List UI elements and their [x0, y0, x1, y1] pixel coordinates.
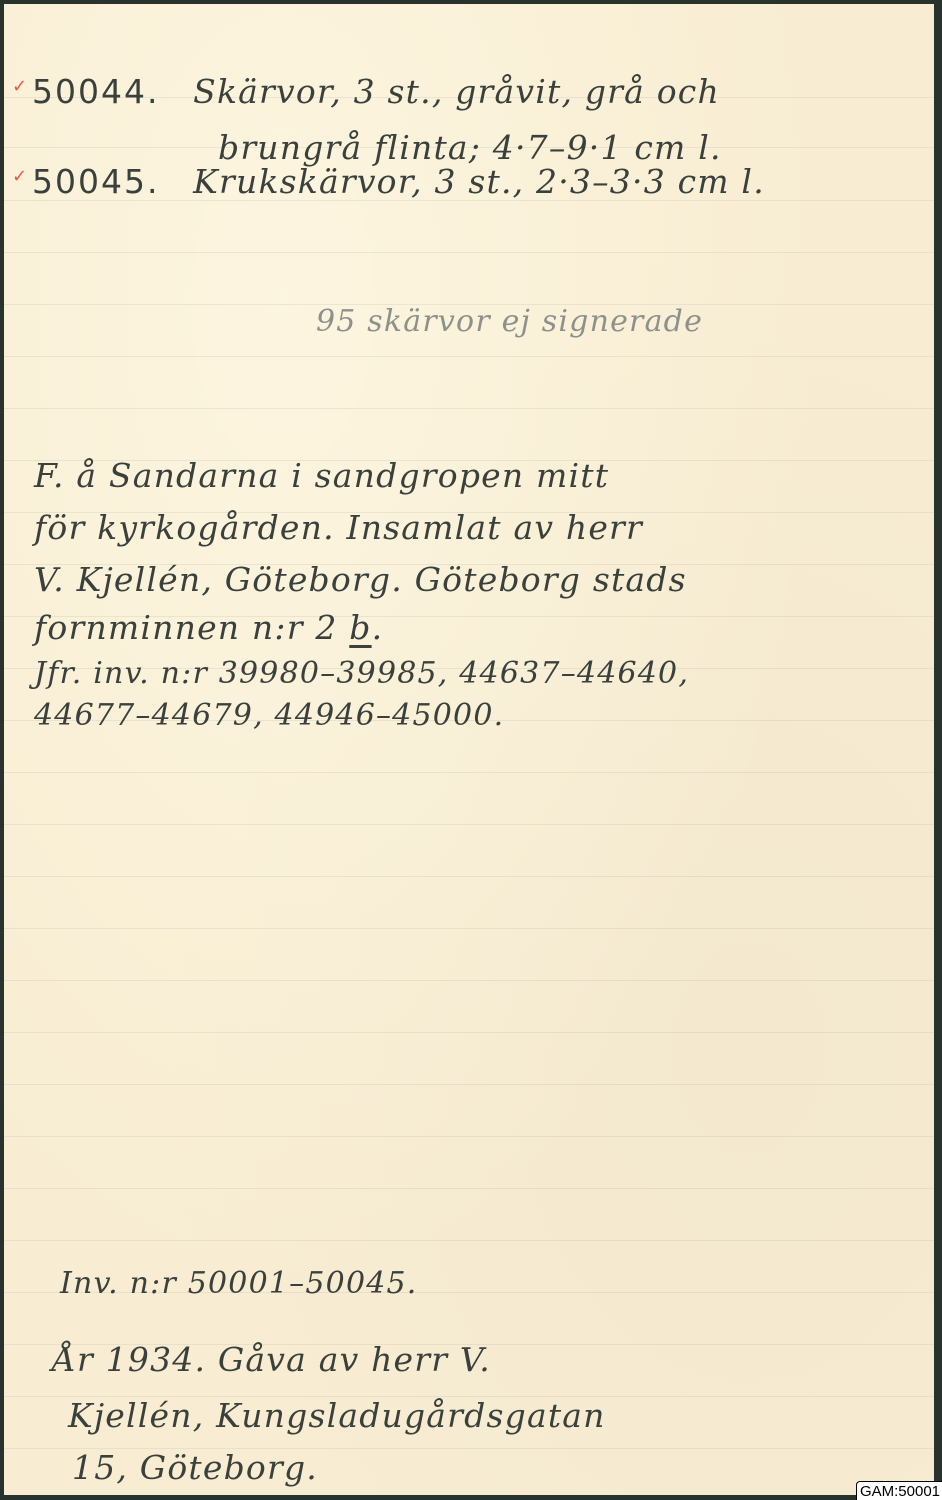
ruled-line [4, 980, 934, 981]
scan-frame: ✓ 50044. Skärvor, 3 st., gråvit, grå och… [0, 0, 942, 1500]
entry-number: 50044. [32, 72, 159, 111]
acquisition-line3: 15, Göteborg. [72, 1448, 318, 1487]
find-context-suffix: b [349, 608, 371, 647]
pencil-note: 95 skärvor ej signerade [316, 304, 703, 339]
find-context-line4: fornminnen n:r 2 b. [34, 608, 383, 647]
entry-description: Skärvor, 3 st., gråvit, grå och [193, 72, 720, 111]
ruled-line [4, 252, 934, 253]
ruled-line [4, 772, 934, 773]
find-context-text: fornminnen n:r 2 [34, 608, 338, 647]
find-context-line2: för kyrkogården. Insamlat av herr [34, 508, 643, 547]
entry-50044: 50044. Skärvor, 3 st., gråvit, grå och [32, 72, 720, 111]
ruled-line [4, 876, 934, 877]
acquisition-line2: Kjellén, Kungsladugårdsgatan [68, 1396, 606, 1435]
ruled-line [4, 1032, 934, 1033]
ruled-line [4, 356, 934, 357]
reference-line2: 44677–44679, 44946–45000. [34, 698, 504, 733]
entry-description: Krukskärvor, 3 st., 2·3–3·3 cm l. [193, 162, 765, 201]
ruled-line [4, 928, 934, 929]
check-mark-icon: ✓ [12, 76, 27, 97]
catalog-card: ✓ 50044. Skärvor, 3 st., gråvit, grå och… [4, 4, 934, 1495]
reference-line1: Jfr. inv. n:r 39980–39985, 44637–44640, [34, 656, 689, 691]
ruled-line [4, 408, 934, 409]
find-context-line3: V. Kjellén, Göteborg. Göteborg stads [34, 560, 687, 599]
find-context-line1: F. å Sandarna i sandgropen mitt [34, 456, 609, 495]
ruled-line [4, 824, 934, 825]
inventory-range: Inv. n:r 50001–50045. [60, 1266, 418, 1301]
entry-50045: 50045. Krukskärvor, 3 st., 2·3–3·3 cm l. [32, 162, 765, 201]
ruled-line [4, 1136, 934, 1137]
check-mark-icon: ✓ [12, 166, 27, 187]
ruled-line [4, 1188, 934, 1189]
acquisition-line1: År 1934. Gåva av herr V. [52, 1340, 491, 1379]
ruled-line [4, 1240, 934, 1241]
ruled-line [4, 1084, 934, 1085]
catalog-id-label: GAM:50001 [856, 1481, 942, 1500]
entry-number: 50045. [32, 162, 159, 201]
